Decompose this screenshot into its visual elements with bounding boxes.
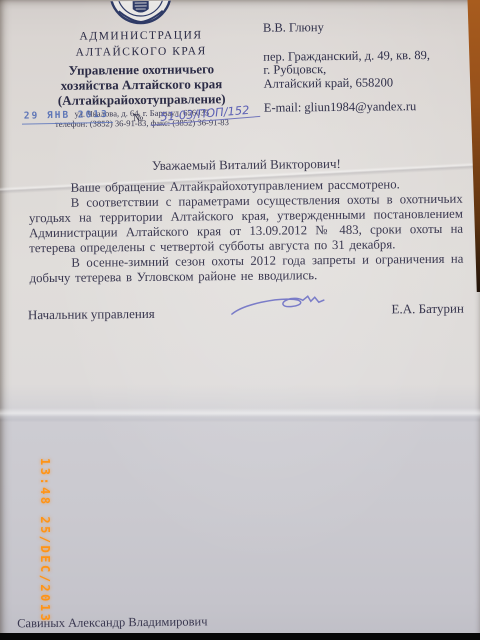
recipient-address-line3: Алтайский край, 658200 (263, 75, 469, 91)
camera-timestamp: 13:48 25/DEC/2013 (35, 458, 52, 620)
number-label: № (133, 112, 144, 124)
org-name-line2: АЛТАЙСКОГО КРАЯ (13, 45, 269, 61)
letter-body: Ваше обращение Алтайкрайохотуправлением … (29, 177, 464, 287)
body-paragraph-3: В осенне-зимний сезон охоты 2012 года за… (29, 252, 463, 287)
photo-bottom-edge (0, 633, 480, 640)
letter-content: АДМИНИСТРАЦИЯ АЛТАЙСКОГО КРАЯ Управление… (0, 0, 480, 640)
handwritten-signature (228, 291, 338, 322)
letter-photo: АДМИНИСТРАЦИЯ АЛТАЙСКОГО КРАЯ Управление… (0, 0, 480, 640)
signer-name: Е.А. Батурин (391, 301, 464, 318)
body-paragraph-2: В соответствии с параметрами осуществлен… (29, 192, 464, 257)
registration-row: 29 ЯНВ 2013 № 51-03/ПОП/152 (18, 108, 278, 129)
recipient-name: В.В. Глюну (263, 20, 469, 36)
signer-position: Начальник управления (28, 306, 155, 323)
recipient-block: В.В. Глюну пер. Гражданский, д. 49, кв. … (263, 20, 470, 116)
date-stamp: 29 ЯНВ 2013 (22, 109, 113, 125)
coat-of-arms-emblem (105, 1, 177, 28)
salutation: Уважаемый Виталий Викторович! (28, 155, 464, 176)
recipient-email: E-mail: gliun1984@yandex.ru (264, 100, 470, 116)
org-name-line1: АДМИНИСТРАЦИЯ (13, 29, 269, 45)
